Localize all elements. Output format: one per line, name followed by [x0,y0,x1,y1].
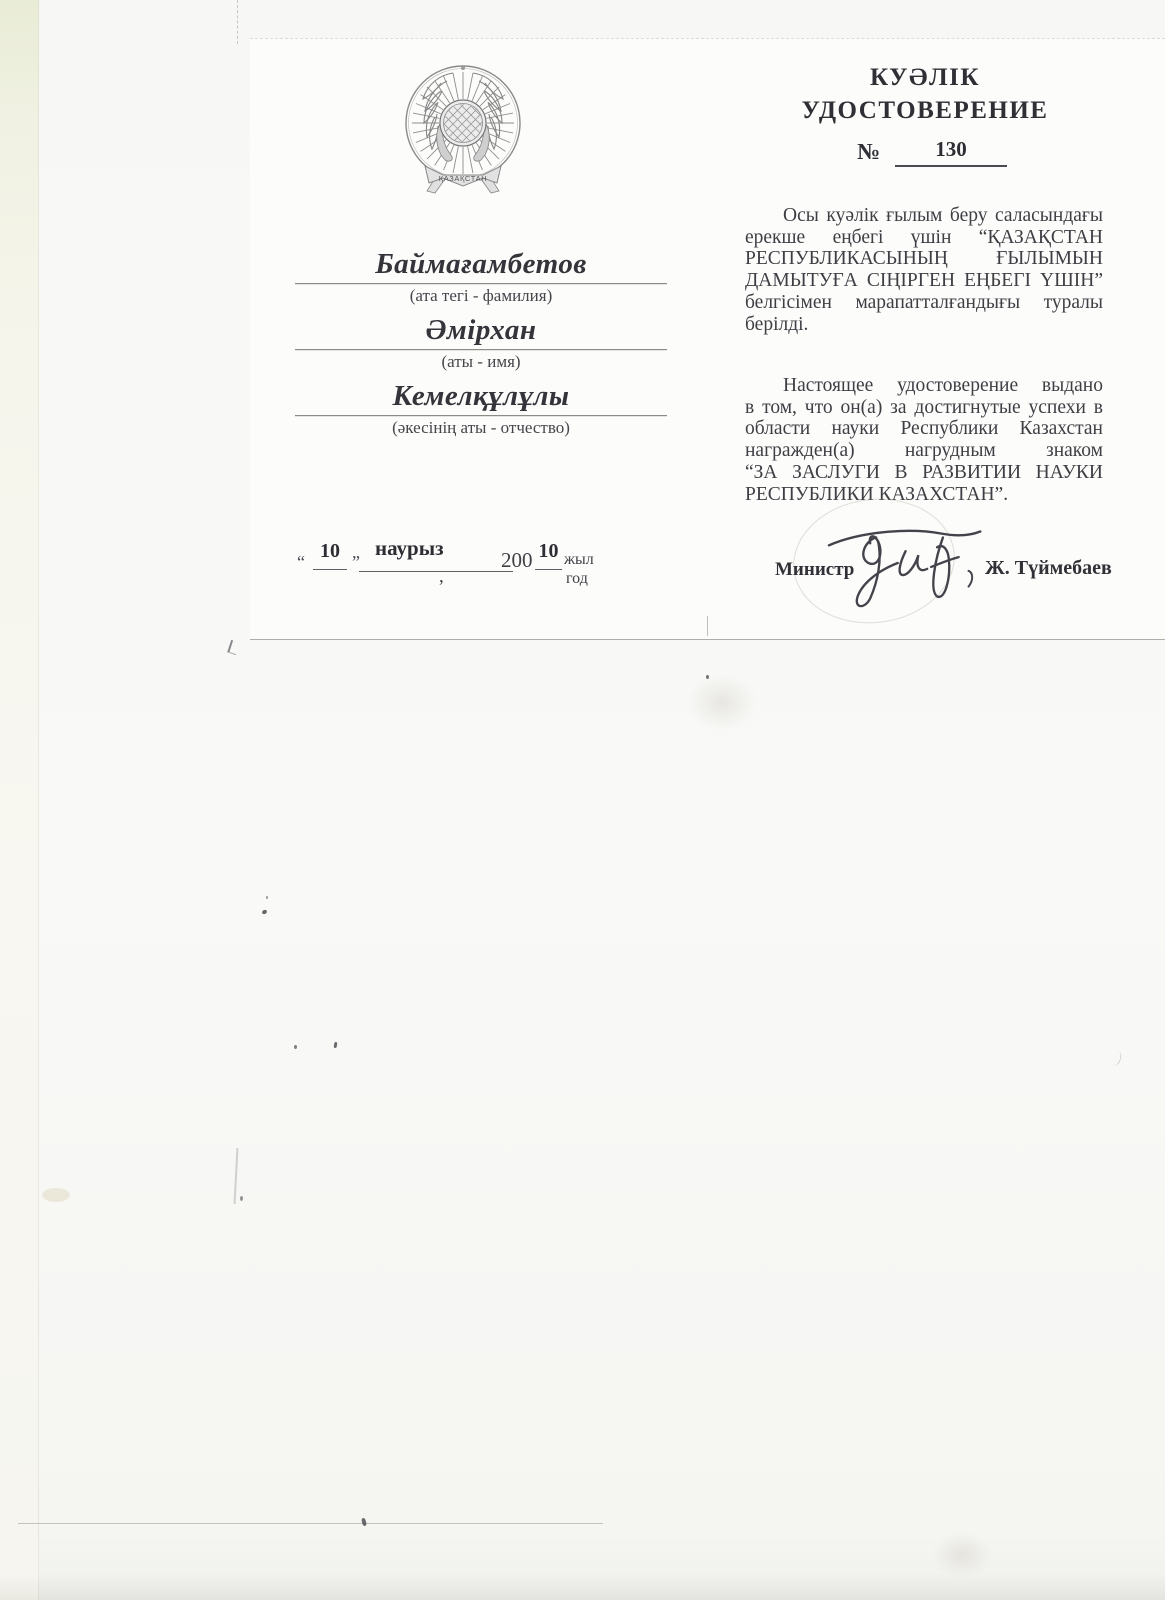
year-value: 10 [539,540,559,562]
paragraph-line: берілді. [745,314,1103,336]
certificate-right-page: КУӘЛІК УДОСТОВЕРЕНИЕ № 130 Осы куәлік ғы… [745,39,1110,639]
day-value: 10 [320,540,340,562]
scan-hairline [18,1523,603,1524]
paragraph-line: ДАМЫТУҒА СІҢІРГЕН ЕҢБЕГІ ҮШІН” [745,270,1103,292]
scan-speck [361,1518,367,1527]
issue-date-line: “ 10 ” наурыз , 200 10 жыл год [295,536,635,598]
year-field: 10 [535,540,562,570]
scan-tick [707,616,708,636]
kazakhstan-coat-of-arms-icon: ҚАЗАҚСТАН [397,59,529,199]
surname-field: Баймағамбетов (ата тегі - фамилия) [295,247,667,307]
patronymic-field: Кемелқұлұлы (әкесінің аты - отчество) [295,379,667,439]
century-prefix: 200 [501,548,533,573]
paragraph-line: РЕСПУБЛИКИ КАЗАХСТАН”. [745,484,1103,506]
surname-value: Баймағамбетов [295,247,667,282]
given-name-underline [295,349,667,350]
open-quote: “ [297,552,305,573]
scan-scratch [234,1148,239,1204]
paragraph-line: “ЗА ЗАСЛУГИ В РАЗВИТИИ НАУКИ [745,462,1103,484]
patronymic-value: Кемелқұлұлы [295,379,667,414]
date-comma: , [439,566,444,588]
given-name-field: Әмірхан (аты - имя) [295,313,667,373]
patronymic-label: (әкесінің аты - отчество) [295,417,667,439]
body-paragraph-kk: Осы куәлік ғылым беру саласындағы ерекше… [745,205,1103,335]
scanned-page: ҚАЗАҚСТАН Баймағамбетов (ата тегі - фами… [0,0,1165,1600]
scan-speck [334,1042,338,1048]
paragraph-line: Настоящее удостоверение выдано [745,375,1103,397]
scan-speck [294,1045,297,1049]
scan-squiggle [1108,1049,1123,1068]
scan-smudge [672,662,772,742]
paragraph-line: области науки Республики Казахстан [745,418,1103,440]
emblem-caption: ҚАЗАҚСТАН [439,174,488,183]
paragraph-line: белгісімен марапатталғандығы туралы [745,292,1103,314]
month-value: наурыз [375,536,444,560]
minister-name: Ж. Түймебаев [985,557,1112,580]
paragraph-line: награжден(а) нагрудным знаком [745,440,1103,462]
holder-name-block: Баймағамбетов (ата тегі - фамилия) Әмірх… [295,247,667,439]
scan-stain [42,1188,70,1202]
certificate-title-block: КУӘЛІК УДОСТОВЕРЕНИЕ [745,61,1105,127]
month-field: наурыз [359,536,513,572]
scan-edge-shadow [0,1574,1165,1600]
scan-speck [266,896,268,899]
certificate-card: ҚАЗАҚСТАН Баймағамбетов (ата тегі - фами… [250,38,1165,640]
scan-card-corner-mark [237,0,238,44]
number-underline: 130 [895,137,1007,167]
paragraph-line: в том, что он(а) за достигнутые успехи в [745,397,1103,419]
number-value: 130 [935,137,967,161]
scan-speck [261,909,267,915]
day-field: 10 [313,540,347,570]
paragraph-line: Осы куәлік ғылым беру саласындағы [745,205,1103,227]
paragraph-line: ерекше еңбегі үшін “ҚАЗАҚСТАН [745,227,1103,249]
surname-underline [295,283,667,284]
minister-signature-icon [825,507,997,617]
certificate-number-row: № 130 [745,137,1105,177]
paper-edge-strip [0,0,39,1600]
patronymic-underline [295,415,667,416]
number-label: № [857,139,880,165]
surname-label: (ата тегі - фамилия) [295,285,667,307]
year-label-kk: жыл [564,551,594,569]
certificate-title-kk: КУӘЛІК [745,61,1105,94]
given-name-label: (аты - имя) [295,351,667,373]
paragraph-line: РЕСПУБЛИКАСЫНЫҢ ҒЫЛЫМЫН [745,248,1103,270]
given-name-value: Әмірхан [295,313,667,348]
year-label-ru: год [566,570,588,588]
scan-speck [240,1196,243,1201]
scan-speck [227,640,240,655]
certificate-title-ru: УДОСТОВЕРЕНИЕ [745,94,1105,127]
body-paragraph-ru: Настоящее удостоверение выдано в том, чт… [745,375,1103,505]
